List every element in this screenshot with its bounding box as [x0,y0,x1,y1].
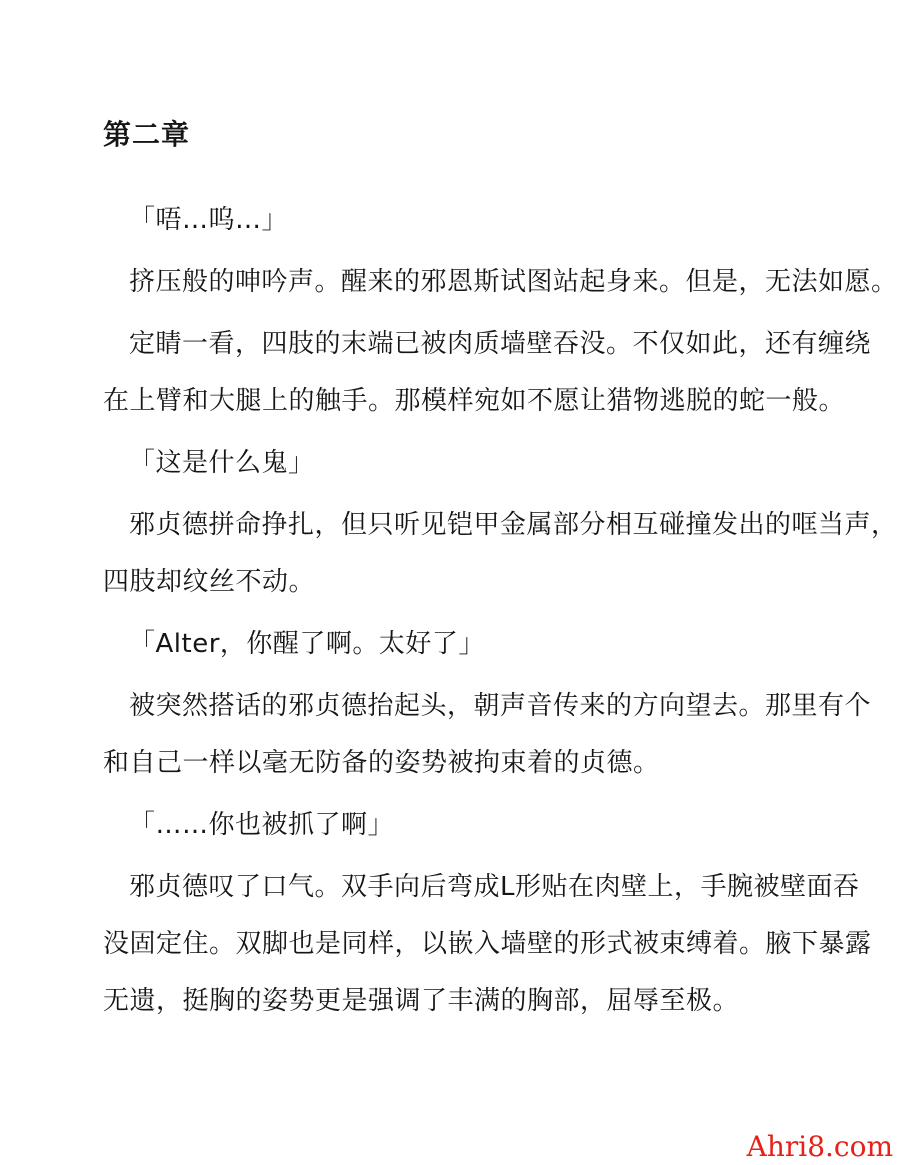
text-line: 「唔…呜…」 [103,192,830,249]
text-line: 和自己一样以毫无防备的姿势被拘束着的贞德。 [103,735,830,792]
novel-page: 第二章 「唔…呜…」挤压般的呻吟声。醒来的邪恩斯试图站起身来。但是，无法如愿。定… [0,0,900,1165]
paragraph: 邪贞德叹了口气。双手向后弯成L形贴在肉壁上，手腕被壁面吞没固定住。双脚也是同样，… [103,859,830,1030]
paragraph: 挤压般的呻吟声。醒来的邪恩斯试图站起身来。但是，无法如愿。 [103,254,830,311]
text-line: 无遗，挺胸的姿势更是强调了丰满的胸部，屈辱至极。 [103,973,830,1030]
text-line: 四肢却纹丝不动。 [103,554,830,611]
paragraph: 邪贞德拼命挣扎，但只听见铠甲金属部分相互碰撞发出的哐当声，四肢却纹丝不动。 [103,497,830,611]
paragraph: 定睛一看，四肢的末端已被肉质墙壁吞没。不仅如此，还有缠绕在上臂和大腿上的触手。那… [103,316,830,430]
text-line: 「……你也被抓了啊」 [103,797,830,854]
text-line: 在上臂和大腿上的触手。那模样宛如不愿让猎物逃脱的蛇一般。 [103,373,830,430]
text-line: 被突然搭话的邪贞德抬起头，朝声音传来的方向望去。那里有个 [103,678,830,735]
text-line: 「这是什么鬼」 [103,435,830,492]
text-line: 定睛一看，四肢的末端已被肉质墙壁吞没。不仅如此，还有缠绕 [103,316,830,373]
text-line: 邪贞德拼命挣扎，但只听见铠甲金属部分相互碰撞发出的哐当声， [103,497,830,554]
site-watermark: Ahri8.com [747,1131,893,1163]
text-line: 「Alter，你醒了啊。太好了」 [103,616,830,673]
chapter-body: 「唔…呜…」挤压般的呻吟声。醒来的邪恩斯试图站起身来。但是，无法如愿。定睛一看，… [103,192,830,1030]
paragraph: 「Alter，你醒了啊。太好了」 [103,616,830,673]
text-line: 邪贞德叹了口气。双手向后弯成L形贴在肉壁上，手腕被壁面吞 [103,859,830,916]
text-line: 挤压般的呻吟声。醒来的邪恩斯试图站起身来。但是，无法如愿。 [103,254,830,311]
paragraph: 被突然搭话的邪贞德抬起头，朝声音传来的方向望去。那里有个和自己一样以毫无防备的姿… [103,678,830,792]
paragraph: 「这是什么鬼」 [103,435,830,492]
chapter-content: 第二章 「唔…呜…」挤压般的呻吟声。醒来的邪恩斯试图站起身来。但是，无法如愿。定… [0,0,900,1030]
chapter-title: 第二章 [103,118,830,152]
paragraph: 「唔…呜…」 [103,192,830,249]
text-line: 没固定住。双脚也是同样，以嵌入墙壁的形式被束缚着。腋下暴露 [103,916,830,973]
paragraph: 「……你也被抓了啊」 [103,797,830,854]
